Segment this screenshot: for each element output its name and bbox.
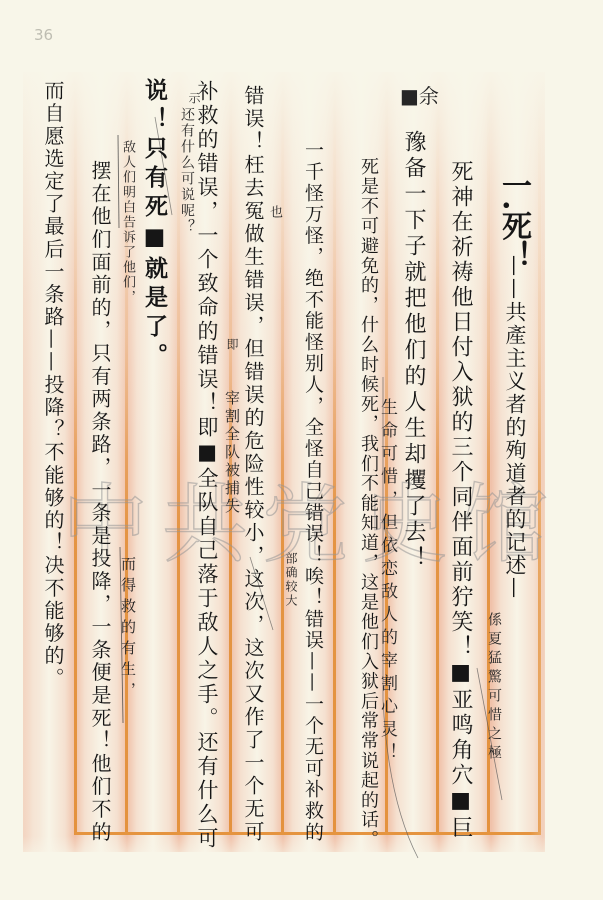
manuscript-column-9: 而自愿选定了最后一条路——投降？不能够的！决不能够的。 (43, 80, 63, 690)
annotation-heading-correction: ■余 (400, 86, 439, 106)
manuscript-column-8: 摆在他们面前的，只有两条路，一条是投降，一条便是死！他们不的 (90, 160, 110, 844)
title-text: ——共產主义者的殉道者的记述— (504, 255, 525, 600)
annotation-insertion: 生命可惜，但依恋敌人的宰割心灵！ (378, 398, 395, 766)
page-number: 36 (34, 26, 53, 44)
annotation-insertion: 敌人们明白告诉了他们， (121, 140, 134, 305)
manuscript-column-3: 死是不可避免的，什么时候死，我们不能知道，这是他们入狱后常常说起的话。 (359, 157, 377, 850)
manuscript-column-4: 一千怪万怪，绝不能怪别人，全怪自己错误！唉！错误——一个无可补救的 (303, 140, 322, 843)
manuscript-column-5: 错误！枉去冤做生错误，但错误的危险性较小，这次，这次又作了一个无可 (243, 85, 263, 844)
paper-fade-left (0, 60, 40, 860)
manuscript-column-2: 豫备一下子就把他们的人生却攫了去！ (402, 130, 424, 572)
paper-fade-right (530, 60, 603, 860)
annotation-insertion: 部确较大 (285, 552, 297, 608)
annotation-insertion: 也 (268, 205, 281, 218)
annotation-insertion: 宰割全队被捕失 (224, 390, 239, 516)
manuscript-column-6: 补救的错误，一个致命的错误！即■全队自己落于敌人之手。还有什么可 (196, 80, 217, 851)
annotation-insertion: 还有什么可说呢？ (180, 107, 194, 235)
annotation-insertion: 而得救的有生， (120, 556, 135, 703)
manuscript-column-1: 死神在祈祷他日付入狱的三个同伴面前狞笑！■亚鸣角穴■巨 (449, 160, 471, 841)
annotation-margin-note: 係夏猛驚可惜之極 (487, 612, 501, 764)
manuscript-column-7: 说！只有死■就是了。 (143, 78, 166, 372)
annotation-insertion: 示 (188, 92, 200, 104)
annotation-insertion: 即 (226, 338, 238, 350)
